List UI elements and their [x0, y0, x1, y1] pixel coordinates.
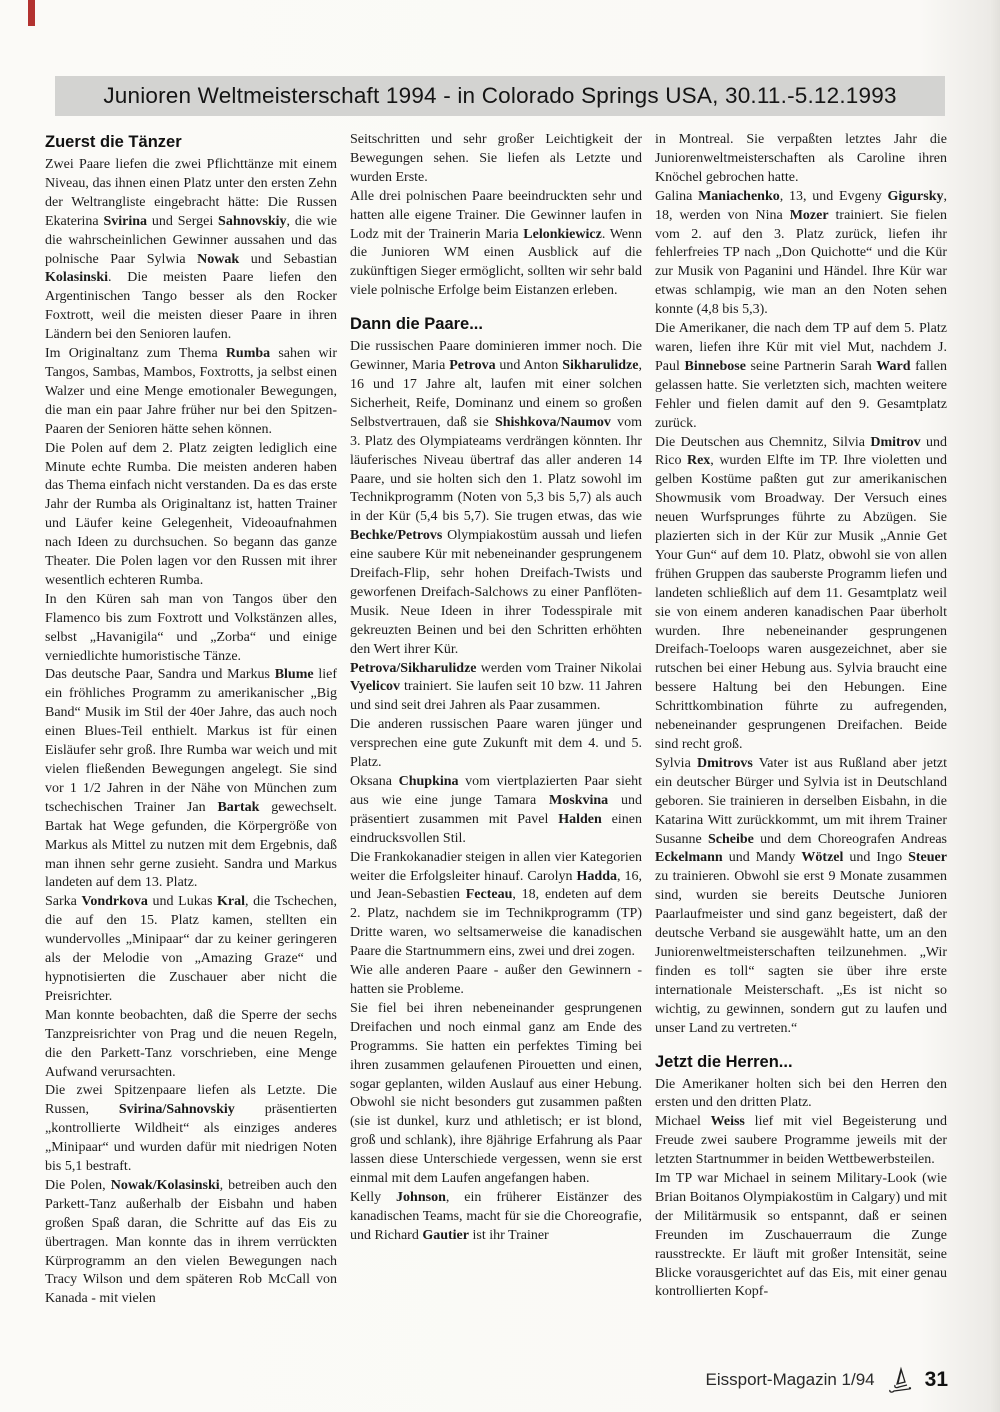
paragraph: Die Polen, Nowak/Kolasinski, betreiben a…: [45, 1177, 337, 1309]
page-number: 31: [925, 1368, 948, 1392]
paragraph: Sie fiel bei ihren nebeneinander gesprun…: [350, 1000, 642, 1189]
paragraph: Die zwei Spitzenpaare liefen als Letzte.…: [45, 1082, 337, 1177]
text-column-1: Zuerst die TänzerZwei Paare liefen die z…: [45, 131, 337, 1363]
skate-logo-icon: [885, 1366, 915, 1394]
paragraph: Die russischen Paare dominieren immer no…: [350, 338, 642, 659]
paragraph: Petrova/Sikharulidze werden vom Trainer …: [350, 660, 642, 717]
section-heading: Zuerst die Tänzer: [45, 131, 337, 153]
paragraph: Kelly Johnson, ein früherer Eistänzer de…: [350, 1189, 642, 1246]
magazine-name: Eissport-Magazin 1/94: [706, 1370, 875, 1390]
paragraph: Sylvia Dmitrovs Vater ist aus Rußland ab…: [655, 755, 947, 1039]
scan-red-artifact: [28, 0, 35, 26]
paragraph: Die Amerikaner, die nach dem TP auf dem …: [655, 320, 947, 433]
paragraph: Die Amerikaner holten sich bei den Herre…: [655, 1076, 947, 1114]
article-title-banner: Junioren Weltmeisterschaft 1994 - in Col…: [55, 76, 945, 116]
text-column-3: in Montreal. Sie verpaßten letztes Jahr …: [655, 131, 947, 1363]
paragraph: Zwei Paare liefen die zwei Pflichttänze …: [45, 156, 337, 345]
paragraph: Man konnte beobachten, daß die Sperre de…: [45, 1007, 337, 1083]
paragraph: Oksana Chupkina vom viertplazierten Paar…: [350, 773, 642, 849]
paragraph: In den Küren sah man von Tangos über den…: [45, 591, 337, 667]
paragraph: Die Polen auf dem 2. Platz zeigten ledig…: [45, 440, 337, 591]
paragraph: Die Deutschen aus Chemnitz, Silvia Dmitr…: [655, 434, 947, 755]
paragraph: Seitschritten und sehr großer Leichtigke…: [350, 131, 642, 188]
paragraph: Das deutsche Paar, Sandra und Markus Blu…: [45, 666, 337, 893]
paragraph: Michael Weiss lief mit viel Begeisterung…: [655, 1113, 947, 1170]
section-heading: Dann die Paare...: [350, 313, 642, 335]
paragraph: Im Originaltanz zum Thema Rumba sahen wi…: [45, 345, 337, 440]
paragraph: Im TP war Michael in seinem Military-Loo…: [655, 1170, 947, 1302]
paragraph: Alle drei polnischen Paare beeindruckten…: [350, 188, 642, 301]
article-title: Junioren Weltmeisterschaft 1994 - in Col…: [103, 83, 896, 109]
article-columns: Zuerst die TänzerZwei Paare liefen die z…: [45, 131, 947, 1363]
paragraph: Wie alle anderen Paare - außer den Gewin…: [350, 962, 642, 1000]
paragraph: Sarka Vondrkova und Lukas Kral, die Tsch…: [45, 893, 337, 1006]
section-heading: Jetzt die Herren...: [655, 1051, 947, 1073]
page-footer: Eissport-Magazin 1/94 31: [706, 1366, 949, 1394]
paragraph: in Montreal. Sie verpaßten letztes Jahr …: [655, 131, 947, 188]
text-column-2: Seitschritten und sehr großer Leichtigke…: [350, 131, 642, 1363]
paragraph: Die anderen russischen Paare waren jünge…: [350, 716, 642, 773]
paragraph: Galina Maniachenko, 13, und Evgeny Gigur…: [655, 188, 947, 320]
paragraph: Die Frankokanadier steigen in allen vier…: [350, 849, 642, 962]
